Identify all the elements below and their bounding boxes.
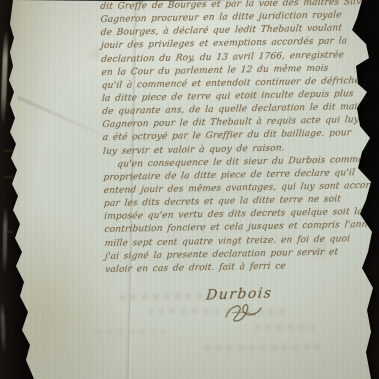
ink-bleed-through [96,330,166,335]
manuscript-text: dit Greffe de Bourges et par la voie des… [100,0,377,277]
paper-surface: dit Greffe de Bourges et par la voie des… [0,0,379,379]
ink-bleed-through [205,344,320,351]
ink-bleed-through [148,309,288,314]
ink-bleed-through [255,325,315,330]
manuscript-page: dit Greffe de Bourges et par la voie des… [0,0,379,379]
photo-background: dit Greffe de Bourges et par la voie des… [0,0,379,379]
